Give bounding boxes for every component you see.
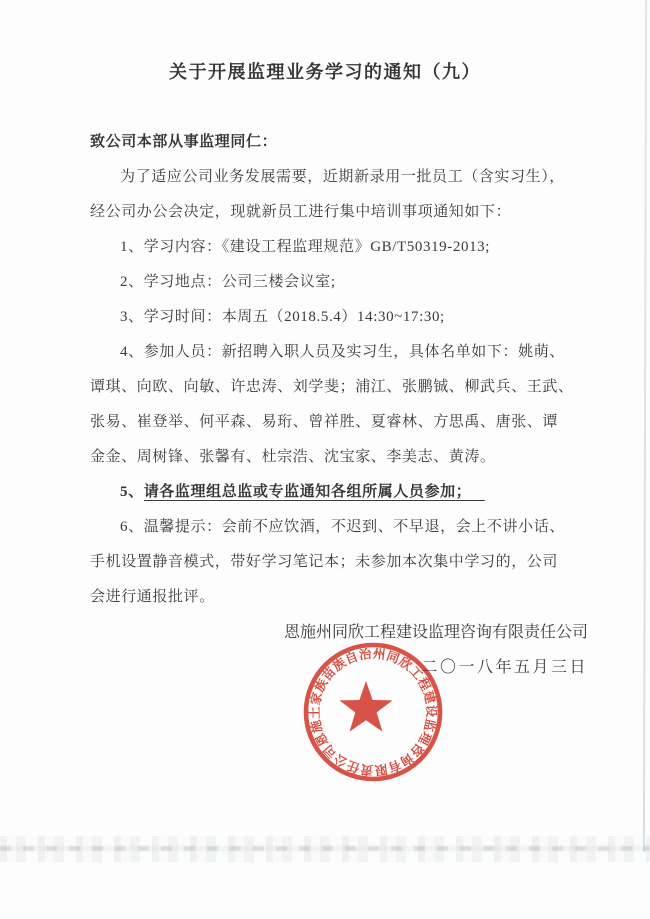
- document-date: 二〇一八年五月三日: [90, 650, 588, 685]
- list-item-6-line: 手机设置静音模式，带好学习笔记本；未参加本次集中学习的，公司: [90, 545, 588, 580]
- list-item-1: 1、学习内容：《建设工程监理规范》GB/T50319-2013;: [90, 230, 588, 265]
- document-title: 关于开展监理业务学习的通知（九）: [0, 58, 650, 84]
- intro-line: 为了适应公司业务发展需要，近期新录用一批员工（含实习生），: [90, 160, 588, 195]
- salutation: 致公司本部从事监理同仁：: [90, 125, 588, 160]
- list-item-2: 2、学习地点：公司三楼会议室;: [90, 265, 588, 300]
- list-item-6-line: 会进行通报批评。: [90, 580, 588, 615]
- intro-line: 经公司办公会决定，现就新员工进行集中培训事项通知如下：: [90, 195, 588, 230]
- scan-bottom-line: [0, 846, 650, 851]
- document-body: 致公司本部从事监理同仁： 为了适应公司业务发展需要，近期新录用一批员工（含实习生…: [90, 125, 588, 685]
- list-item-6-line: 6、温馨提示：会前不应饮酒，不迟到、不早退，会上不讲小话、: [90, 510, 588, 545]
- document-page: 关于开展监理业务学习的通知（九） 致公司本部从事监理同仁： 为了适应公司业务发展…: [0, 0, 650, 919]
- scan-edge-line: [643, 0, 647, 852]
- list-item-4-line: 谭琪、向欧、向敏、许忠涛、刘学斐；浦江、张鹏铖、柳武兵、王武、: [90, 370, 588, 405]
- list-item-4-line: 张易、崔登举、何平森、易珩、曾祥胜、夏睿林、方思禹、唐张、谭: [90, 405, 588, 440]
- list-item-4-line: 金金、周树锋、张馨有、杜宗浩、沈宝家、李美志、黄涛。: [90, 440, 588, 475]
- company-signature: 恩施州同欣工程建设监理咨询有限责任公司: [90, 615, 588, 650]
- star-icon: [339, 681, 392, 732]
- list-item-4-line: 4、参加人员：新招聘入职人员及实习生，具体名单如下：姚萌、: [90, 335, 588, 370]
- list-item-5-underlined-text: 请各监理组总监或专监通知各组所属人员参加；: [144, 484, 486, 501]
- list-item-3: 3、学习时间：本周五（2018.5.4）14:30~17:30;: [90, 300, 588, 335]
- list-item-5-number: 5、: [120, 484, 144, 500]
- list-item-5: 5、请各监理组总监或专监通知各组所属人员参加；: [90, 475, 588, 510]
- signature-block: 恩施州同欣工程建设监理咨询有限责任公司 二〇一八年五月三日: [90, 615, 588, 685]
